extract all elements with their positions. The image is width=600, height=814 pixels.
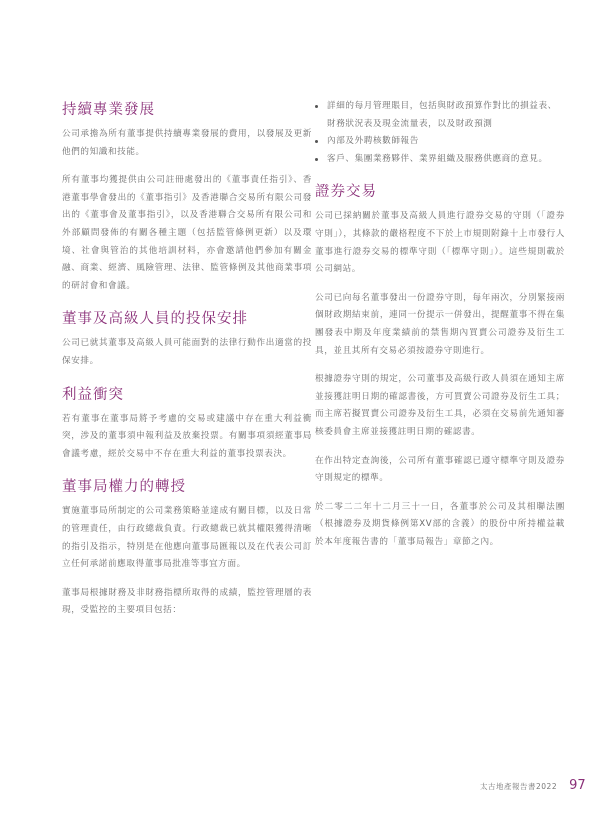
section-professional-development: 持續專業發展 公司承擔為所有董事提供持續專業發展的費用，以發展及更新他們的知識和… bbox=[62, 100, 312, 295]
list-item: 客戶、集團業務夥伴、業界組織及服務供應商的意見。 bbox=[315, 151, 565, 169]
paragraph: 實施董事局所制定的公司業務策略並達成有關目標，以及日常的管理責任，由行政總裁負責… bbox=[62, 503, 312, 573]
report-title: 太古地產報告書2022 bbox=[480, 781, 557, 792]
paragraph: 公司承擔為所有董事提供持續專業發展的費用，以發展及更新他們的知識和技能。 bbox=[62, 126, 312, 161]
right-column: 詳細的每月管理賬目，包括與財政預算作對比的損益表、財務狀況表及現金流量表，以及財… bbox=[315, 98, 565, 565]
bullet-icon bbox=[315, 140, 318, 143]
paragraph: 於二零二二年十二月三十一日，各董事於公司及其相聯法團（根據證券及期貨條例第XV部… bbox=[315, 499, 565, 552]
page-footer: 太古地產報告書2022 97 bbox=[480, 778, 586, 793]
section-delegation: 董事局權力的轉授 實施董事局所制定的公司業務策略並達成有關目標，以及日常的管理責… bbox=[62, 477, 312, 620]
paragraph: 公司已採納關於董事及高級人員進行證券交易的守則（「證券守則」），其條款的嚴格程度… bbox=[315, 208, 565, 278]
section-heading: 證券交易 bbox=[315, 182, 565, 202]
list-item: 內部及外聘核數師報告 bbox=[315, 133, 565, 151]
section-securities-transactions: 證券交易 公司已採納關於董事及高級人員進行證券交易的守則（「證券守則」），其條款… bbox=[315, 182, 565, 551]
list-item: 詳細的每月管理賬目，包括與財政預算作對比的損益表、財務狀況表及現金流量表，以及財… bbox=[315, 98, 565, 133]
paragraph: 董事局根據財務及非財務指標所取得的成績，監控管理層的表現，受監控的主要項目包括： bbox=[62, 585, 312, 620]
paragraph: 根據證券守則的規定，公司董事及高級行政人員須在通知主席並接獲註明日期的確認書後，… bbox=[315, 371, 565, 441]
section-heading: 董事局權力的轉授 bbox=[62, 477, 312, 497]
monitored-items-list: 詳細的每月管理賬目，包括與財政預算作對比的損益表、財務狀況表及現金流量表，以及財… bbox=[315, 98, 565, 168]
section-conflicts-of-interest: 利益衝突 若有董事在董事局將予考慮的交易或建議中存在重大利益衝突，涉及的董事須申… bbox=[62, 385, 312, 464]
left-column: 持續專業發展 公司承擔為所有董事提供持續專業發展的費用，以發展及更新他們的知識和… bbox=[62, 100, 312, 634]
bullet-icon bbox=[315, 105, 318, 108]
paragraph: 公司已向每名董事發出一份證券守則，每年兩次，分別緊接兩個財政期結束前，連同一份提… bbox=[315, 290, 565, 360]
section-heading: 董事及高級人員的投保安排 bbox=[62, 309, 312, 329]
section-heading: 持續專業發展 bbox=[62, 100, 312, 120]
paragraph: 在作出特定查詢後，公司所有董事確認已遵守標準守則及證券守則規定的標準。 bbox=[315, 453, 565, 488]
bullet-icon bbox=[315, 158, 318, 161]
paragraph: 公司已就其董事及高級人員可能面對的法律行動作出適當的投保安排。 bbox=[62, 335, 312, 370]
section-insurance: 董事及高級人員的投保安排 公司已就其董事及高級人員可能面對的法律行動作出適當的投… bbox=[62, 309, 312, 370]
paragraph: 若有董事在董事局將予考慮的交易或建議中存在重大利益衝突，涉及的董事須申報利益及放… bbox=[62, 411, 312, 464]
paragraph: 所有董事均獲提供由公司註冊處發出的《董事責任指引》、香港董事學會發出的《董事指引… bbox=[62, 172, 312, 295]
page-number: 97 bbox=[569, 778, 586, 793]
section-heading: 利益衝突 bbox=[62, 385, 312, 405]
